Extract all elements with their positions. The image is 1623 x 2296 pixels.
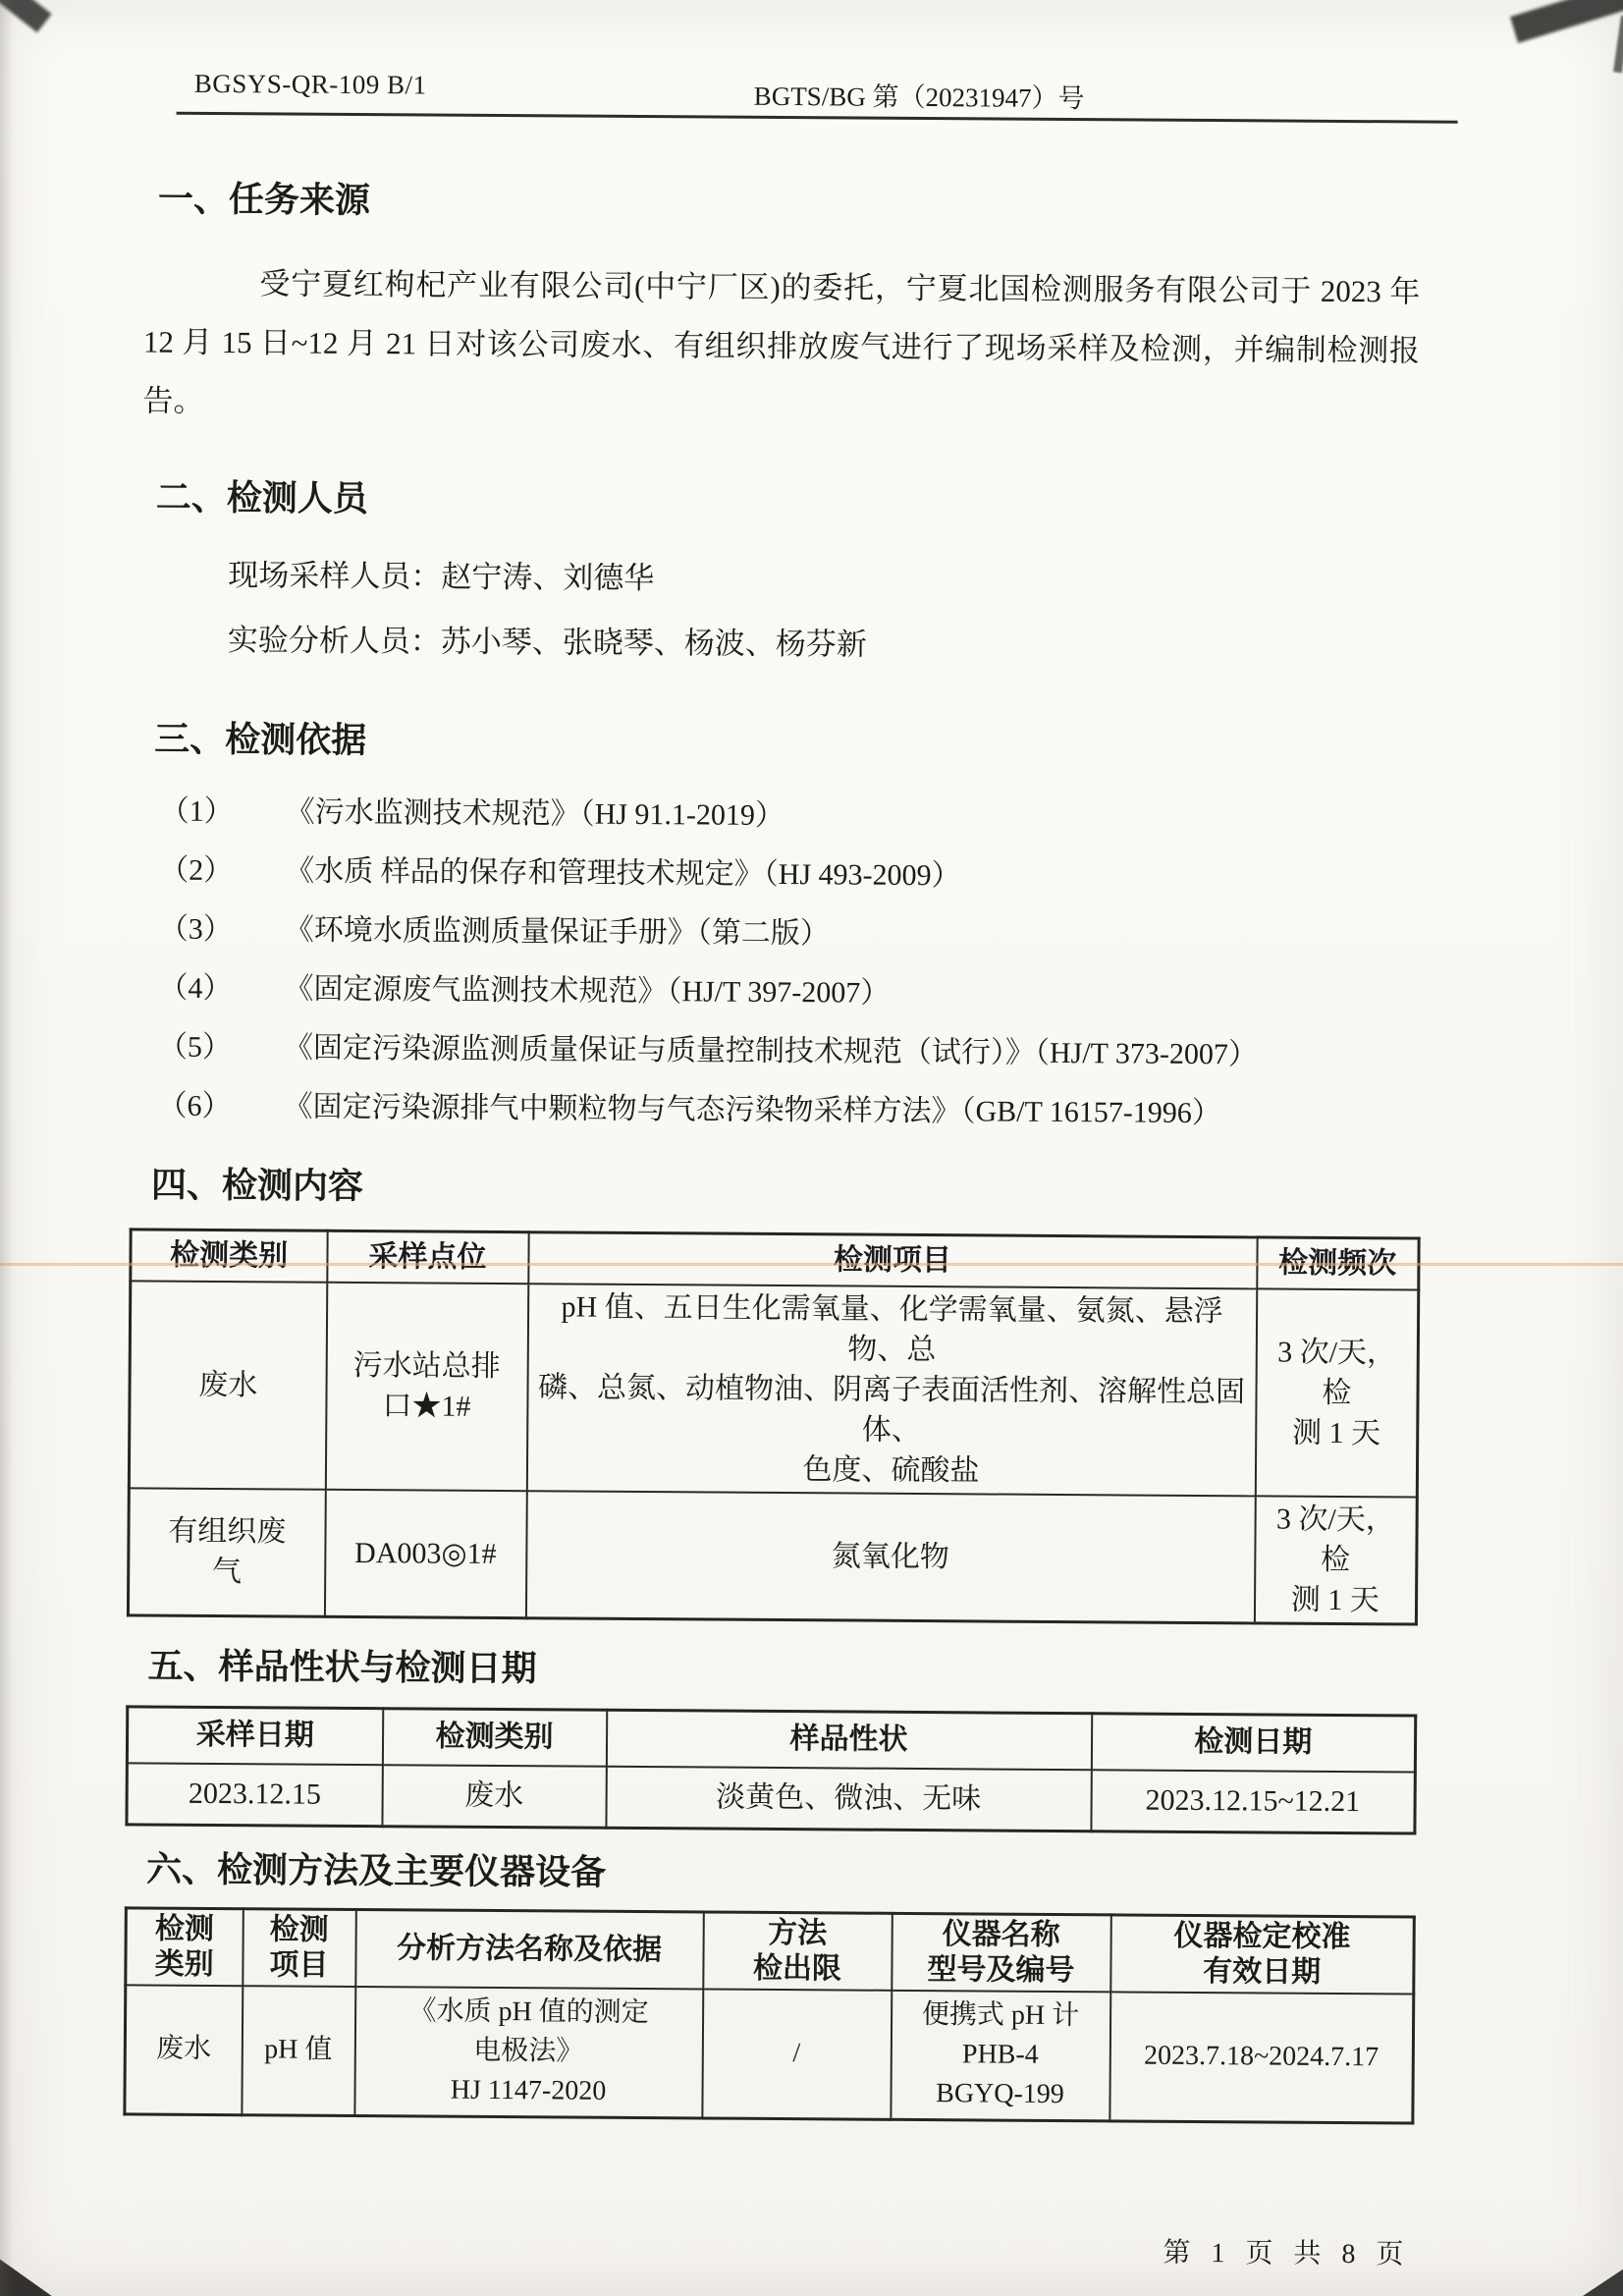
scan-artifact-top-right <box>1510 0 1623 43</box>
basis-item: （4） 《固定源废气监测技术规范》（HJ/T 397-2007） <box>131 955 1422 1022</box>
basis-item-number: （3） <box>159 904 285 949</box>
basis-item-text: 《固定污染源排气中颗粒物与气态污染物采样方法》（GB/T 16157-1996） <box>283 1081 1221 1131</box>
table-cell: 2023.12.15 <box>127 1763 382 1826</box>
table-cell: 2023.12.15~12.21 <box>1091 1770 1415 1832</box>
column-header: 采样日期 <box>127 1706 382 1765</box>
section-title-test-content: 四、检测内容 <box>130 1163 1421 1215</box>
column-header: 方法 检出限 <box>703 1911 893 1990</box>
left-edge-shading <box>0 0 14 2296</box>
scanned-report-page: { "header": { "doc_code": "BGSYS-QR-109 … <box>0 0 1623 2296</box>
column-header: 采样点位 <box>327 1230 528 1283</box>
column-header: 仪器检定校准 有效日期 <box>1110 1914 1415 1994</box>
scan-artifact-top-right-edge <box>1613 16 1623 74</box>
column-header: 检测类别 <box>382 1708 606 1767</box>
basis-item-number: （4） <box>158 963 284 1008</box>
table-row: 废水 污水站总排 口★1# pH 值、五日生化需氧量、化学需氧量、氨氮、悬浮物、… <box>129 1281 1418 1497</box>
task-source-paragraph: 受宁夏红枸杞产业有限公司(中宁厂区)的委托，宁夏北国检测服务有限公司于 2023… <box>142 253 1420 439</box>
column-header: 检测类别 <box>131 1230 327 1282</box>
basis-item: （3） 《环境水质监测质量保证手册》（第二版） <box>132 896 1423 963</box>
table-cell: 污水站总排 口★1# <box>325 1282 527 1490</box>
table-header-row: 采样日期 检测类别 样品性状 检测日期 <box>127 1706 1415 1772</box>
page-number-label: 第 1 页 共 8 页 <box>122 2223 1424 2271</box>
basis-item-number: （1） <box>160 787 286 831</box>
table-cell: / <box>702 1989 892 2119</box>
column-header: 分析方法名称及依据 <box>355 1909 704 1989</box>
personnel-block: 现场采样人员：赵宁涛、刘德华 实验分析人员：苏小琴、张晓琴、杨波、杨芬新 <box>228 543 1426 682</box>
basis-item-text: 《固定源废气监测技术规范》（HJ/T 397-2007） <box>284 963 890 1011</box>
paper-sheet: BGSYS-QR-109 B/1 BGTS/BG 第（20231947）号 一、… <box>0 0 1623 2296</box>
table-cell: 便携式 pH 计 PHB-4 BGYQ-199 <box>891 1990 1110 2121</box>
section-title-task-source: 一、任务来源 <box>136 177 1428 229</box>
column-header: 仪器名称 型号及编号 <box>892 1913 1111 1992</box>
scan-artifact-bottom-right <box>1574 2261 1623 2296</box>
section-title-basis: 三、检测依据 <box>133 717 1424 769</box>
table-row: 2023.12.15 废水 淡黄色、微浊、无味 2023.12.15~12.21 <box>127 1763 1415 1832</box>
basis-item-text: 《水质 样品的保存和管理技术规定》（HJ 493-2009） <box>285 846 961 894</box>
sampling-personnel-line: 现场采样人员：赵宁涛、刘德华 <box>228 543 1425 617</box>
table-header-row: 检测类别 采样点位 检测项目 检测频次 <box>131 1230 1419 1289</box>
test-content-table: 检测类别 采样点位 检测项目 检测频次 废水 污水站总排 口★1# pH 值、五… <box>127 1228 1421 1625</box>
section-title-personnel: 二、检测人员 <box>135 475 1426 527</box>
basis-item-text: 《污水监测技术规范》（HJ 91.1-2019） <box>286 787 785 834</box>
scan-artifact-bottom-left <box>0 2241 63 2296</box>
table-cell: 氮氧化物 <box>525 1491 1255 1623</box>
table-cell: 《水质 pH 值的测定 电极法》 HJ 1147-2020 <box>354 1987 703 2118</box>
column-header: 检测频次 <box>1257 1237 1419 1289</box>
basis-item: （6） 《固定污染源排气中颗粒物与气态污染物采样方法》（GB/T 16157-1… <box>130 1072 1421 1140</box>
column-header: 检测 类别 <box>126 1907 243 1985</box>
column-header: 检测日期 <box>1091 1713 1415 1772</box>
column-header: 检测 项目 <box>243 1908 356 1986</box>
basis-list: （1） 《污水监测技术规范》（HJ 91.1-2019） （2） 《水质 样品的… <box>130 778 1423 1140</box>
sample-character-table: 采样日期 检测类别 样品性状 检测日期 2023.12.15 废水 淡黄色、微浊… <box>125 1705 1417 1834</box>
form-code: BGSYS-QR-109 B/1 <box>194 69 427 101</box>
section-title-methods-instruments: 六、检测方法及主要仪器设备 <box>125 1847 1416 1899</box>
column-header: 样品性状 <box>606 1710 1091 1770</box>
report-number: BGTS/BG 第（20231947）号 <box>754 75 1085 115</box>
table-header-row: 检测 类别 检测 项目 分析方法名称及依据 方法 检出限 仪器名称 型号及编号 … <box>126 1907 1415 1994</box>
methods-instruments-table: 检测 类别 检测 项目 分析方法名称及依据 方法 检出限 仪器名称 型号及编号 … <box>123 1906 1415 2125</box>
document-content: BGSYS-QR-109 B/1 BGTS/BG 第（20231947）号 一、… <box>122 56 1429 2271</box>
basis-item-text: 《环境水质监测质量保证手册》（第二版） <box>285 904 830 952</box>
table-row: 废水 pH 值 《水质 pH 值的测定 电极法》 HJ 1147-2020 / … <box>125 1985 1414 2123</box>
table-cell: DA003◎1# <box>324 1489 526 1617</box>
basis-item-number: （5） <box>158 1022 284 1066</box>
basis-item-number: （6） <box>157 1081 283 1125</box>
basis-item: （1） 《污水监测技术规范》（HJ 91.1-2019） <box>132 778 1423 846</box>
table-cell: 废水 <box>125 1985 243 2115</box>
basis-item-text: 《固定污染源监测质量保证与质量控制技术规范（试行）》（HJ/T 373-2007… <box>284 1022 1258 1072</box>
table-cell: 3 次/天，检 测 1 天 <box>1254 1496 1417 1624</box>
table-row: 有组织废 气 DA003◎1# 氮氧化物 3 次/天，检 测 1 天 <box>128 1488 1417 1624</box>
table-cell: 废水 <box>129 1281 326 1489</box>
basis-item: （5） 《固定污染源监测质量保证与质量控制技术规范（试行）》（HJ/T 373-… <box>131 1013 1422 1081</box>
table-cell: 3 次/天，检 测 1 天 <box>1255 1288 1418 1497</box>
table-cell: pH 值 <box>242 1986 355 2116</box>
table-cell: pH 值、五日生化需氧量、化学需氧量、氨氮、悬浮物、总 磷、总氮、动植物油、阴离… <box>526 1284 1256 1496</box>
table-cell: 有组织废 气 <box>128 1488 325 1616</box>
table-cell: 2023.7.18~2024.7.17 <box>1109 1992 1414 2123</box>
scan-artifact-top-left <box>0 0 52 32</box>
table-cell: 废水 <box>382 1765 606 1828</box>
analysis-personnel-line: 实验分析人员：苏小琴、张晓琴、杨波、杨芬新 <box>228 608 1425 682</box>
column-header: 检测项目 <box>528 1232 1257 1288</box>
basis-item-number: （2） <box>159 846 285 890</box>
table-cell: 淡黄色、微浊、无味 <box>606 1767 1091 1831</box>
section-title-sample-character: 五、样品性状与检测日期 <box>126 1644 1417 1696</box>
page-header: BGSYS-QR-109 B/1 BGTS/BG 第（20231947）号 <box>177 57 1458 124</box>
basis-item: （2） 《水质 样品的保存和管理技术规定》（HJ 493-2009） <box>132 837 1423 904</box>
